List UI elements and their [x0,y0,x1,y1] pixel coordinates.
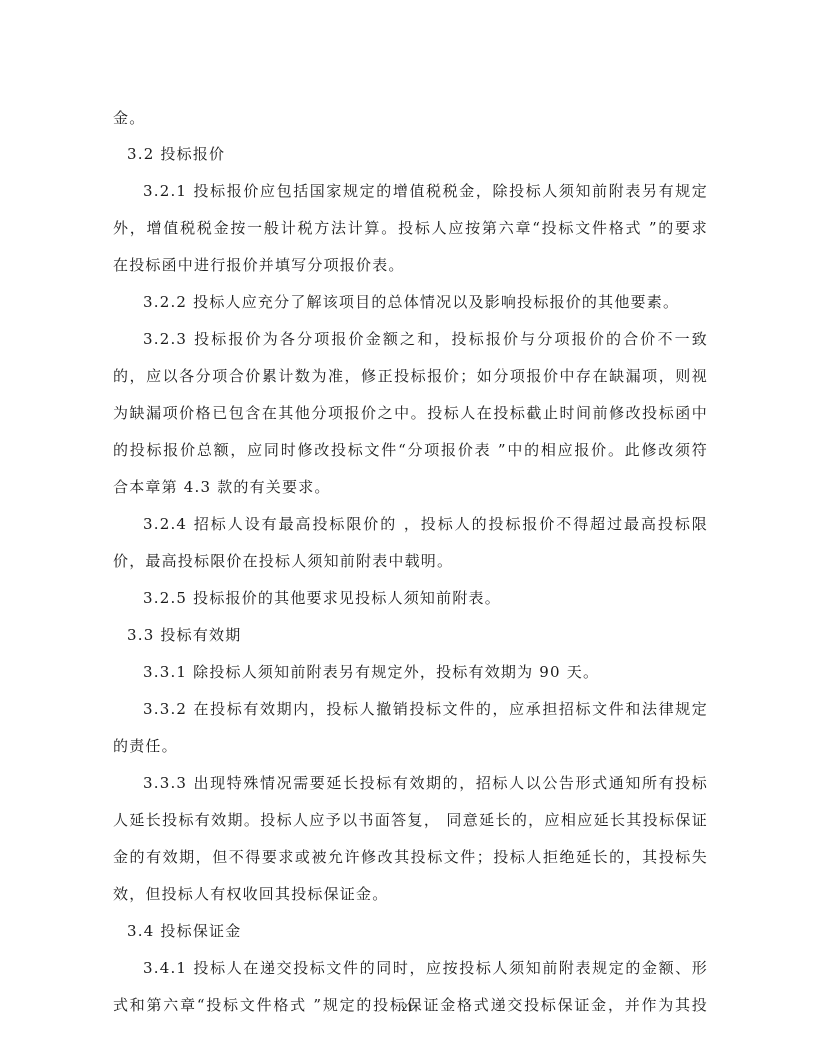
text-line: 3.2.1 投标报价应包括国家规定的增值税税金，除投标人须知前附表另有规定 [143,181,708,201]
text-line: 金。 [113,108,708,128]
text-line: 3.3 投标有效期 [127,625,708,645]
text-line: 效，但投标人有权收回其投标保证金。 [113,884,708,904]
text-line: 3.3.3 出现特殊情况需要延长投标有效期的，招标人以公告形式通知所有投标 [143,773,708,793]
text-line: 3.2.3 投标报价为各分项报价金额之和，投标报价与分项报价的合价不一致 [143,329,708,349]
text-line: 人延长投标有效期。投标人应予以书面答复， 同意延长的，应相应延长其投标保证 [113,810,708,830]
text-line: 合本章第 4.3 款的有关要求。 [113,477,708,497]
text-line: 3.4.1 投标人在递交投标文件的同时，应按投标人须知前附表规定的金额、形 [143,958,708,978]
text-line: 在投标函中进行报价并填写分项报价表。 [113,255,708,275]
text-line: 3.2 投标报价 [127,144,708,164]
text-line: 的责任。 [113,736,708,756]
text-line: 3.2.4 招标人设有最高投标限价的 ，投标人的投标报价不得超过最高投标限 [143,514,708,534]
text-line: 价，最高投标限价在投标人须知前附表中载明。 [113,551,708,571]
text-line: 3.3.1 除投标人须知前附表另有规定外，投标有效期为 90 天。 [143,662,708,682]
text-line: 的投标报价总额，应同时修改投标文件“分项报价表 ”中的相应报价。此修改须符 [113,440,708,460]
text-line: 3.2.5 投标报价的其他要求见投标人须知前附表。 [143,588,708,608]
text-line: 3.4 投标保证金 [127,921,708,941]
text-line: 为缺漏项价格已包含在其他分项报价之中。投标人在投标截止时间前修改投标函中 [113,403,708,423]
text-line: 的，应以各分项合价累计数为准，修正投标报价；如分项报价中存在缺漏项，则视 [113,366,708,386]
text-line: 外，增值税税金按一般计税方法计算。投标人应按第六章“投标文件格式 ”的要求 [113,218,708,238]
text-line: 金的有效期，但不得要求或被允许修改其投标文件；投标人拒绝延长的，其投标失 [113,847,708,867]
document-page: 金。3.2 投标报价3.2.1 投标报价应包括国家规定的增值税税金，除投标人须知… [0,0,815,1055]
text-line: 3.3.2 在投标有效期内，投标人撤销投标文件的，应承担招标文件和法律规定 [143,699,708,719]
text-line: 3.2.2 投标人应充分了解该项目的总体情况以及影响投标报价的其他要素。 [143,292,708,312]
page-number: 21 [0,1000,815,1015]
